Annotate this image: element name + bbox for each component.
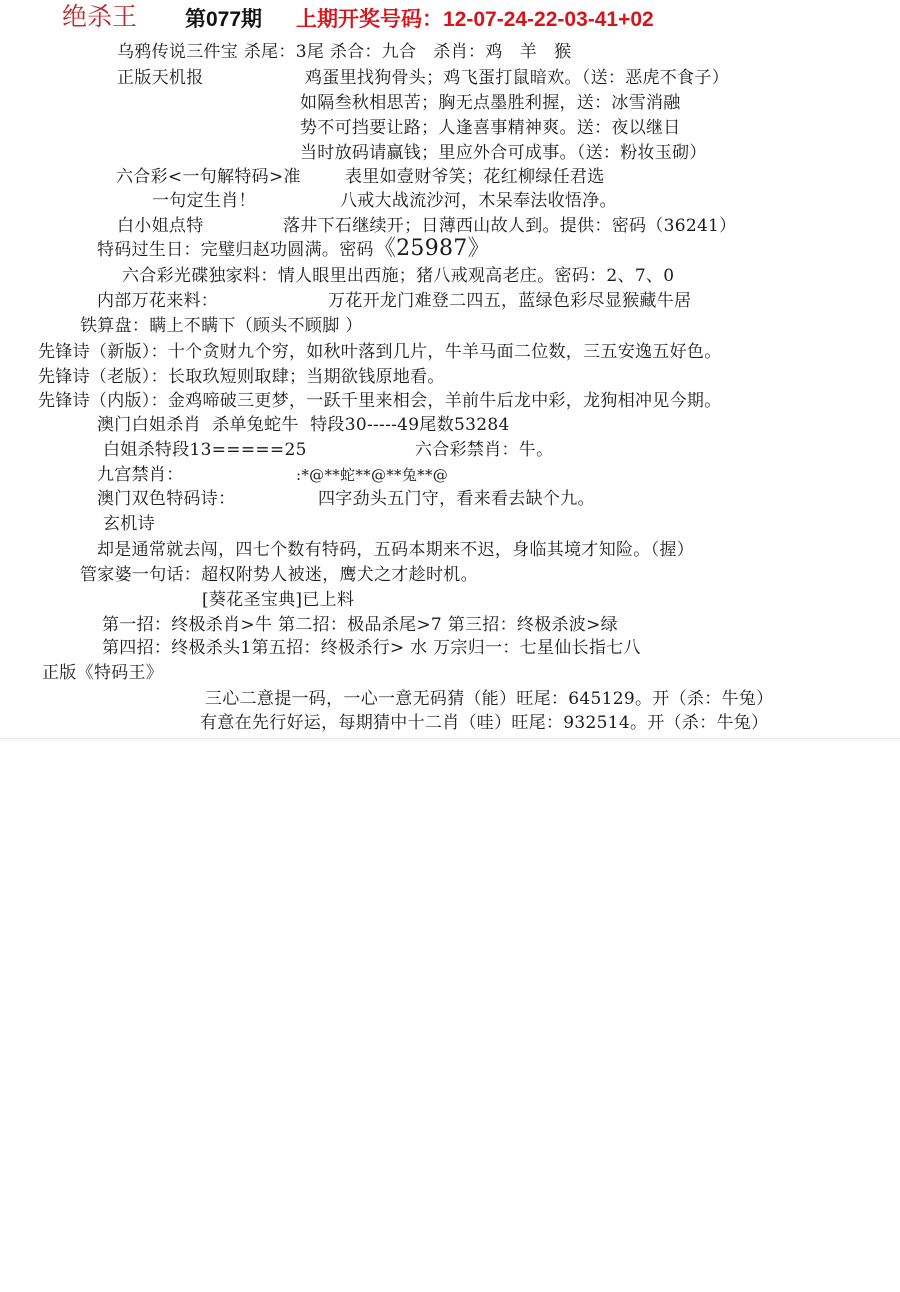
macau-baijie-line: 澳门白姐杀肖 杀单兔蛇牛 特段30-----49尾数53284 <box>97 414 510 436</box>
yiju-text: 表里如壹财爷笑；花红柳绿任君选 <box>345 166 605 188</box>
temawang-line-1: 三心二意提一码，一心一意无码猜（能）旺尾：645129。开（杀：牛兔） <box>205 688 773 710</box>
disc-line: 六合彩光碟独家料：情人眼里出西施；猪八戒观高老庄。密码：2、7、0 <box>122 265 674 287</box>
shuangse-text: 四字劲头五门守，看来看去缺个九。 <box>318 488 595 510</box>
birthday-line: 特码过生日：完璧归赵功圆满。密码《25987》 <box>97 238 490 261</box>
baixiaojie-text: 落井下石继续开；日薄西山故人到。提供：密码（36241） <box>283 215 736 237</box>
brand-title: 绝杀王 <box>62 2 137 32</box>
page-divider <box>0 738 900 739</box>
last-draw-label: 上期开奖号码： <box>296 8 443 31</box>
temawang-title: 正版《特码王》 <box>42 662 163 684</box>
dingshengxiao-label: 一句定生肖！ <box>152 190 256 212</box>
yiju-label: 六合彩<一句解特码>准 <box>116 166 301 188</box>
baijie-segment: 白姐杀特段13=====25 <box>103 439 307 461</box>
tianji-line-3: 势不可挡要让路；人逢喜事精神爽。送：夜以继日 <box>300 117 681 139</box>
last-draw-numbers: 12-07-24-22-03-41+02 <box>443 8 654 31</box>
xuanji-title: 玄机诗 <box>103 513 155 535</box>
dingshengxiao-text: 八戒大战流沙河，木呆奉法收悟净。 <box>340 190 617 212</box>
kuihua-title: [葵花圣宝典]已上料 <box>202 589 354 611</box>
crow-tips-line: 乌鸦传说三件宝 杀尾：3尾 杀合：九合 杀肖：鸡 羊 猴 <box>117 41 571 63</box>
wanhua-label: 内部万花来料： <box>97 290 218 312</box>
shuangse-label: 澳门双色特码诗： <box>97 488 235 510</box>
xuanji-text: 却是通常就去闯，四七个数有特码，五码本期来不迟，身临其境才知险。（握） <box>97 539 694 561</box>
kuihua-line-2: 第四招：终极杀头1第五招：终极杀行> 水 万宗归一：七星仙长指七八 <box>102 637 641 659</box>
liuhe-forbidden: 六合彩禁肖：牛。 <box>415 439 553 461</box>
jiugong-text: :*@**蛇**@**兔**@ <box>296 464 448 486</box>
temawang-line-2: 有意在先行好运，每期猜中十二肖（哇）旺尾：932514。开（杀：牛兔） <box>200 712 768 734</box>
issue-number: 第077期 <box>185 6 262 34</box>
birthday-code: 《25987》 <box>374 236 490 261</box>
tianji-line-2: 如隔叁秋相思苦；胸无点墨胜利握，送：冰雪消融 <box>300 92 681 114</box>
tianji-line-4: 当时放码请赢钱；里应外合可成事。（送：粉妆玉砌） <box>300 142 707 164</box>
baixiaojie-label: 白小姐点特 <box>117 215 204 237</box>
xianfeng-new-line: 先锋诗（新版）：十个贪财九个穷，如秋叶落到几片，牛羊马面二位数，三五安逸五好色。 <box>38 341 722 363</box>
kuihua-line-1: 第一招：终极杀肖>牛 第二招：极品杀尾>7 第三招：终极杀波>绿 <box>102 614 618 636</box>
jiugong-label: 九宫禁肖： <box>97 464 184 486</box>
tiesuanpan-line: 铁算盘：瞒上不瞒下（顾头不顾脚 ） <box>80 315 363 337</box>
guanjia-line: 管家婆一句话：超权附势人被迷，鹰犬之才趁时机。 <box>80 564 478 586</box>
page-divider-shadow <box>0 740 900 741</box>
xianfeng-old-line: 先锋诗（老版）：长取玖短则取肆；当期欲钱原地看。 <box>38 366 445 388</box>
xianfeng-inner-line: 先锋诗（内版）：金鸡啼破三更梦，一跃千里来相会，羊前牛后龙中彩，龙狗相冲见今期。 <box>38 390 722 412</box>
tianji-label: 正版天机报 <box>117 67 204 89</box>
birthday-text: 特码过生日：完璧归赵功圆满。密码 <box>97 240 374 260</box>
wanhua-text: 万花开龙门难登二四五，蓝绿色彩尽显猴藏牛居 <box>328 290 691 312</box>
last-draw-result: 上期开奖号码：12-07-24-22-03-41+02 <box>296 6 654 34</box>
tianji-line-1: 鸡蛋里找狗骨头；鸡飞蛋打鼠暗欢。（送：恶虎不食子） <box>305 67 729 89</box>
